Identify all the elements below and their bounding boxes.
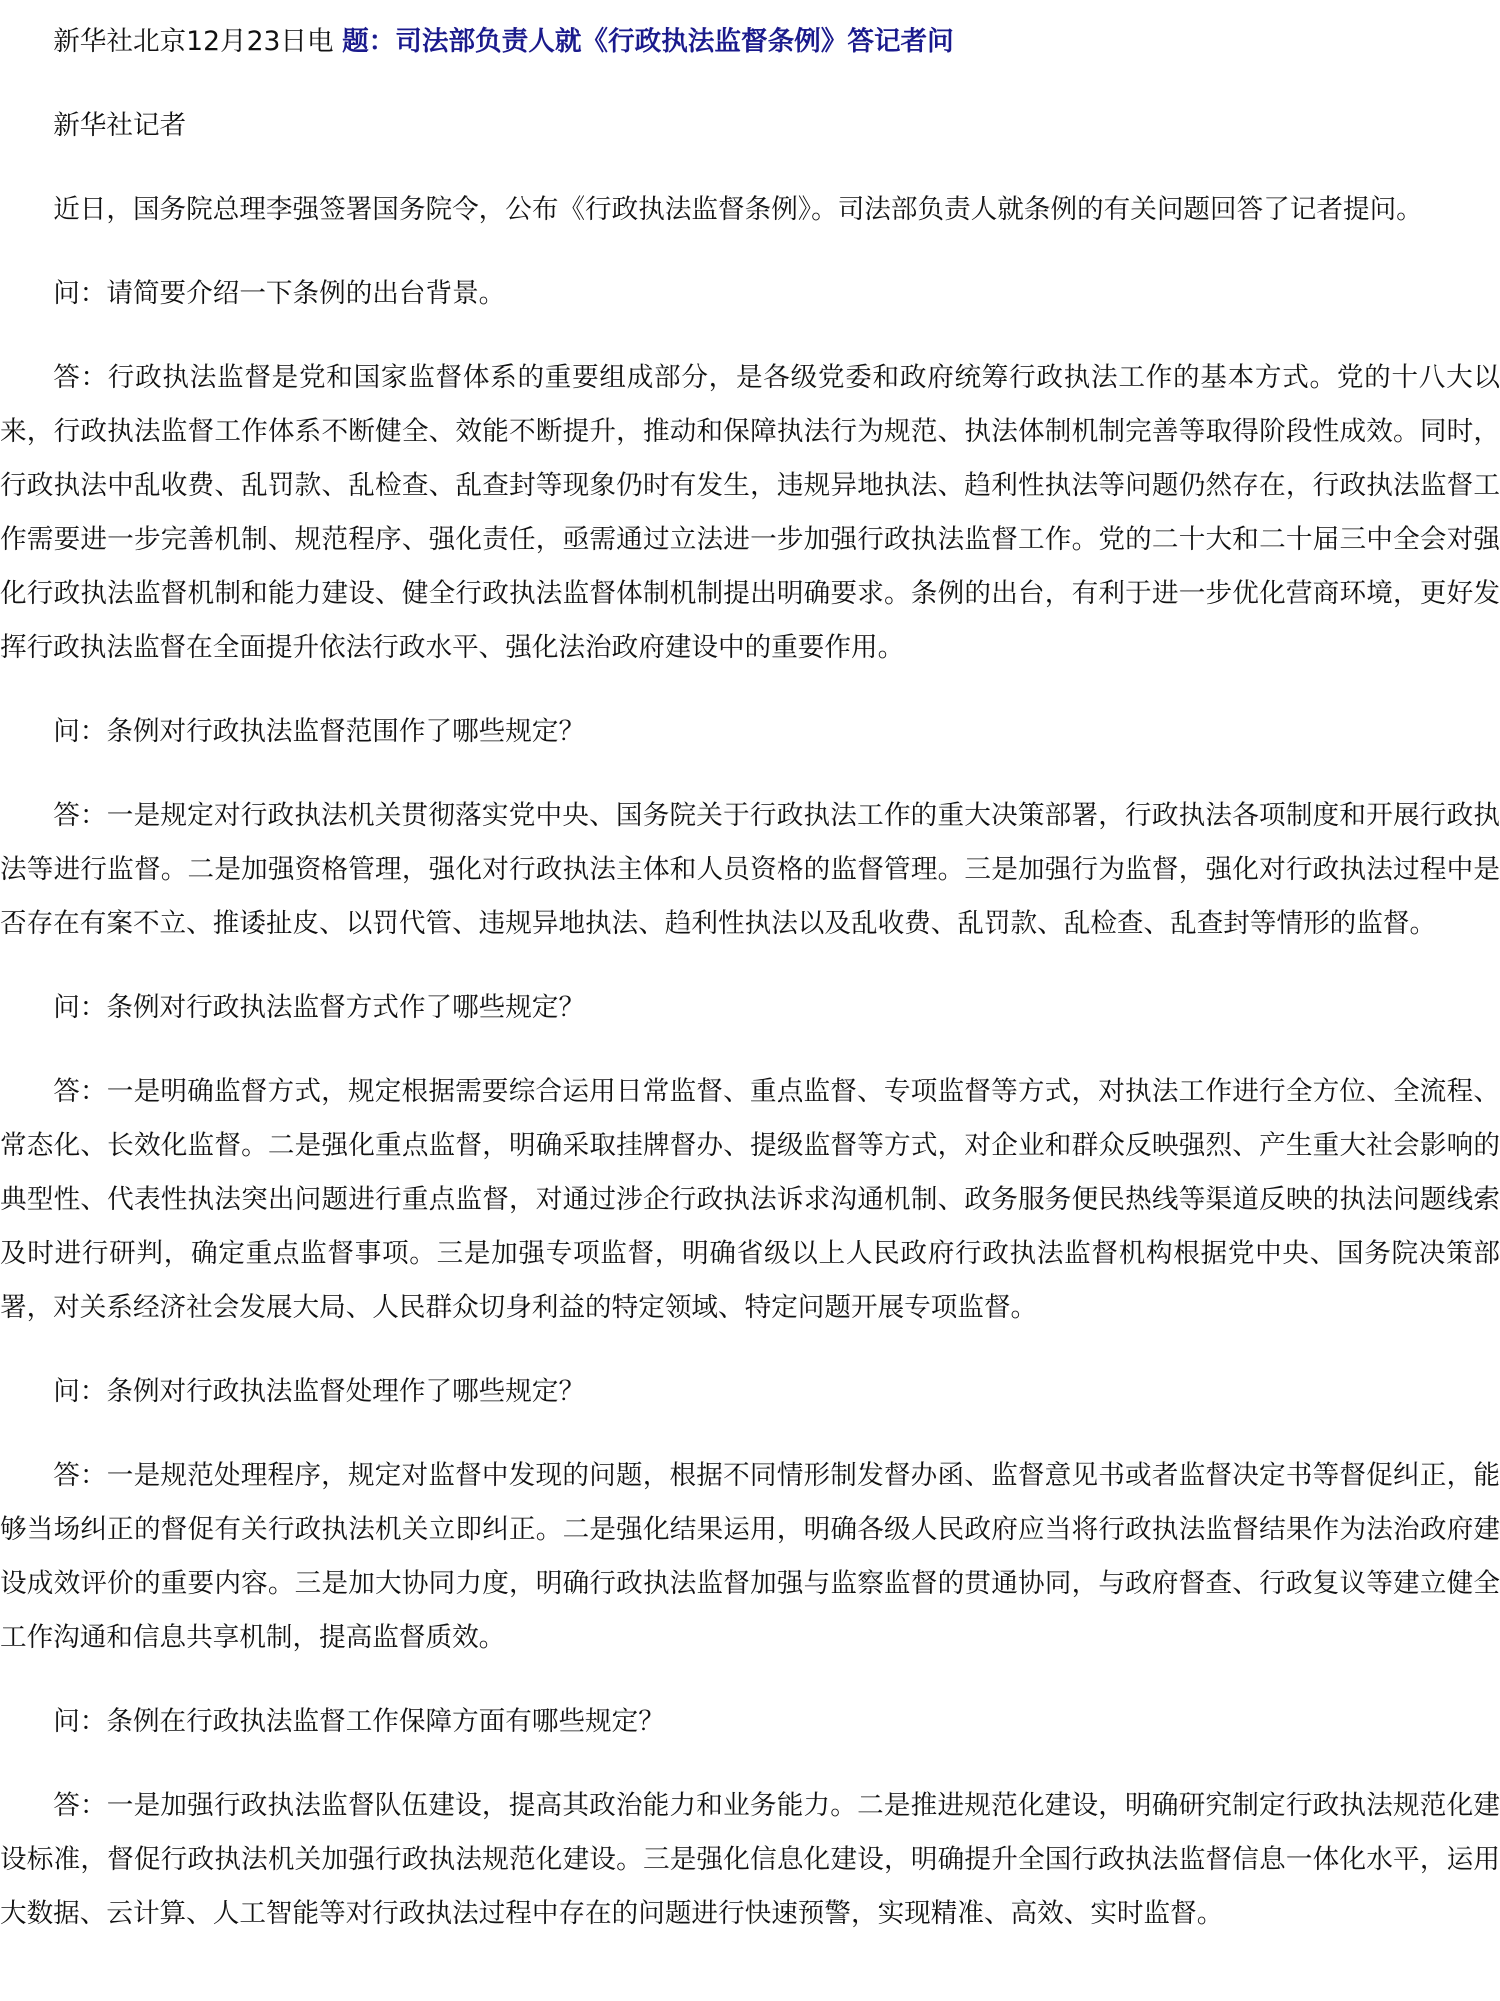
- question-2: 问：条例对行政执法监督范围作了哪些规定？: [0, 705, 1500, 759]
- dateline: 新华社北京12月23日电: [53, 26, 342, 57]
- lead-paragraph: 近日，国务院总理李强签署国务院令，公布《行政执法监督条例》。司法部负责人就条例的…: [0, 183, 1500, 237]
- question-5: 问：条例在行政执法监督工作保障方面有哪些规定？: [0, 1695, 1500, 1749]
- headline: 题：司法部负责人就《行政执法监督条例》答记者问: [342, 26, 954, 57]
- answer-2: 答：一是规定对行政执法机关贯彻落实党中央、国务院关于行政执法工作的重大决策部署，…: [0, 789, 1500, 951]
- dateline-paragraph: 新华社北京12月23日电 题：司法部负责人就《行政执法监督条例》答记者问: [0, 15, 1500, 69]
- article-body: 新华社北京12月23日电 题：司法部负责人就《行政执法监督条例》答记者问 新华社…: [0, 0, 1500, 1941]
- question-1: 问：请简要介绍一下条例的出台背景。: [0, 267, 1500, 321]
- byline: 新华社记者: [0, 99, 1500, 153]
- question-4: 问：条例对行政执法监督处理作了哪些规定？: [0, 1365, 1500, 1419]
- question-3: 问：条例对行政执法监督方式作了哪些规定？: [0, 981, 1500, 1035]
- answer-1: 答：行政执法监督是党和国家监督体系的重要组成部分，是各级党委和政府统筹行政执法工…: [0, 351, 1500, 675]
- answer-5: 答：一是加强行政执法监督队伍建设，提高其政治能力和业务能力。二是推进规范化建设，…: [0, 1779, 1500, 1941]
- answer-3: 答：一是明确监督方式，规定根据需要综合运用日常监督、重点监督、专项监督等方式，对…: [0, 1065, 1500, 1335]
- answer-4: 答：一是规范处理程序，规定对监督中发现的问题，根据不同情形制发督办函、监督意见书…: [0, 1449, 1500, 1665]
